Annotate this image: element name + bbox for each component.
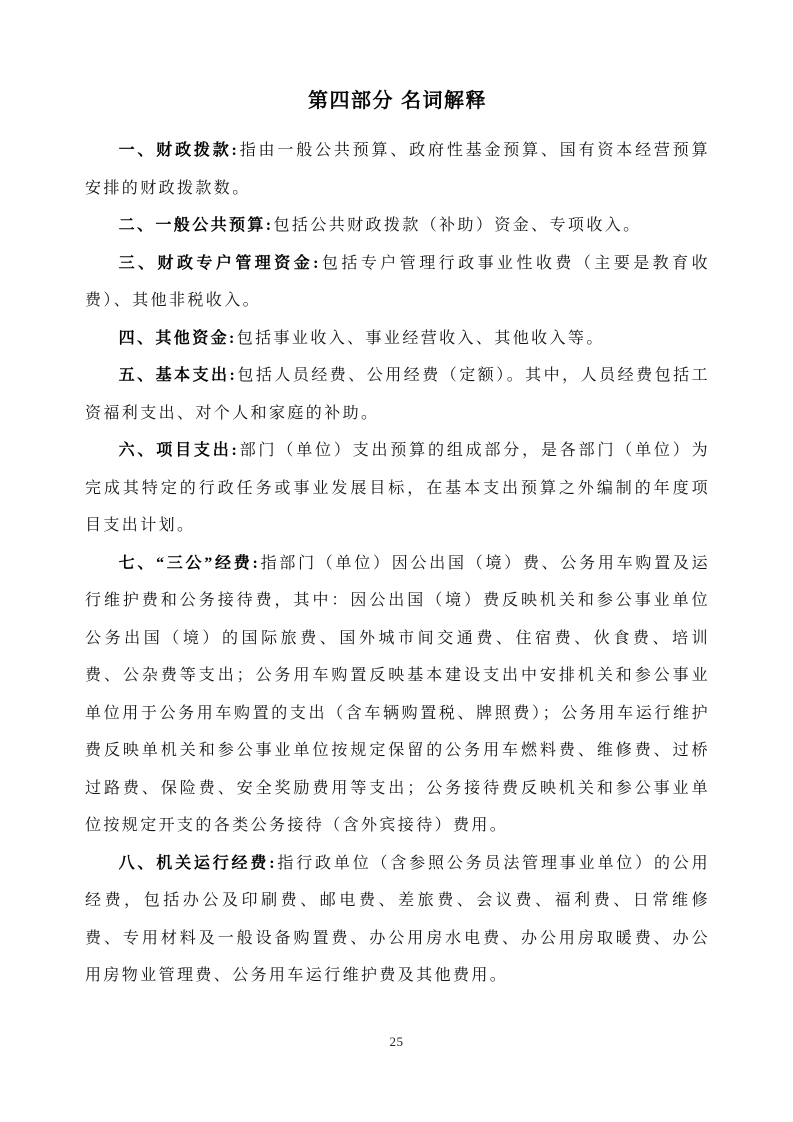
term-label: 五、基本支出: xyxy=(119,367,238,384)
glossary-paragraph-sangong-jingfei: 七、“三公”经费:指部门（单位）因公出国（境）费、公务用车购置及运行维护费和公务… xyxy=(85,545,710,845)
term-definition: 包括事业收入、事业经营收入、其他收入等。 xyxy=(237,330,605,347)
glossary-paragraph-qita-zijin: 四、其他资金:包括事业收入、事业经营收入、其他收入等。 xyxy=(85,320,710,358)
term-label: 七、“三公”经费: xyxy=(119,555,261,572)
document-content: 第四部分 名词解释 一、财政拨款:指由一般公共预算、政府性基金预算、国有资本经营… xyxy=(85,86,710,995)
document-page: 第四部分 名词解释 一、财政拨款:指由一般公共预算、政府性基金预算、国有资本经营… xyxy=(0,0,793,1122)
glossary-paragraph-caizheng-zhuanhu-zijin: 三、财政专户管理资金:包括专户管理行政事业性收费（主要是教育收费）、其他非税收入… xyxy=(85,245,710,320)
term-label: 二、一般公共预算: xyxy=(119,217,274,234)
page-title: 第四部分 名词解释 xyxy=(85,86,710,116)
term-definition: 指行政单位（含参照公务员法管理事业单位）的公用经费，包括办公及印刷费、邮电费、差… xyxy=(85,855,710,985)
glossary-paragraph-jiben-zhichu: 五、基本支出:包括人员经费、公用经费（定额）。其中，人员经费包括工资福利支出、对… xyxy=(85,357,710,432)
term-definition: 包括公共财政拨款（补助）资金、专项收入。 xyxy=(274,217,642,234)
term-label: 四、其他资金: xyxy=(119,330,237,347)
glossary-paragraph-jiguan-yunxing-jingfei: 八、机关运行经费:指行政单位（含参照公务员法管理事业单位）的公用经费，包括办公及… xyxy=(85,845,710,995)
term-label: 一、财政拨款: xyxy=(119,142,240,159)
glossary-paragraph-xiangmu-zhichu: 六、项目支出:部门（单位）支出预算的组成部分，是各部门（单位）为完成其特定的行政… xyxy=(85,432,710,545)
page-number: 25 xyxy=(0,1034,793,1050)
term-label: 六、项目支出: xyxy=(119,442,240,459)
glossary-paragraph-yiban-gonggong-yusuan: 二、一般公共预算:包括公共财政拨款（补助）资金、专项收入。 xyxy=(85,207,710,245)
term-label: 三、财政专户管理资金: xyxy=(119,255,321,272)
glossary-paragraph-caizheng-bokuan: 一、财政拨款:指由一般公共预算、政府性基金预算、国有资本经营预算安排的财政拨款数… xyxy=(85,132,710,207)
term-label: 八、机关运行经费: xyxy=(119,855,277,872)
term-definition: 指部门（单位）因公出国（境）费、公务用车购置及运行维护费和公务接待费，其中：因公… xyxy=(85,555,710,835)
